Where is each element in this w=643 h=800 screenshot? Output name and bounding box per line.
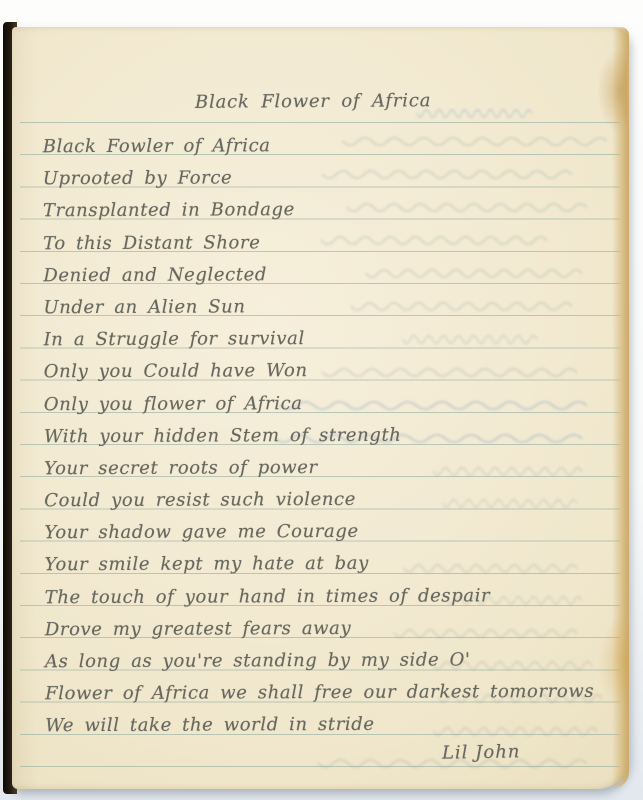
poem-line-7: In a Struggle for survival [44,322,604,357]
poem-title: Black Flower of Africa [195,90,431,113]
poem-line-8: Only you Could have Won [44,354,604,389]
poem-line-11: Your secret roots of power [44,451,604,486]
poem-line-6: Under an Alien Sun [43,290,603,325]
poem-line-15: The touch of your hand in times of despa… [45,579,605,614]
poem-line-3: Transplanted in Bondage [43,193,603,228]
poem-line-9: Only you flower of Africa [44,386,604,421]
poem-line-2: Uprooted by Force [43,161,603,196]
poem-line-4: To this Distant Shore [43,225,603,260]
page-edge [612,27,629,789]
poem-line-16: Drove my greatest fears away [45,612,605,647]
poem-line-10: With your hidden Stem of strength [44,418,604,453]
poem-line-17: As long as you're standing by my side O' [45,644,605,679]
poem-line-12: Could you resist such violence [44,483,604,518]
poem-body: Black Fowler of Africa Uprooted by Force… [43,129,606,743]
poem-line-1: Black Fowler of Africa [43,129,603,164]
notebook-page: Black Flower of Africa Black Fowler of A… [12,27,629,789]
signature: Lil John [442,741,521,763]
poem-line-5: Denied and Neglected [43,258,603,293]
photo-background: Black Flower of Africa Black Fowler of A… [0,0,643,800]
poem-line-19: We will take the world in stride [45,708,605,743]
poem-line-18: Flower of Africa we shall free our darke… [45,676,605,711]
poem-line-14: Your smile kept my hate at bay [44,547,604,582]
poem-line-13: Your shadow gave me Courage [44,515,604,550]
